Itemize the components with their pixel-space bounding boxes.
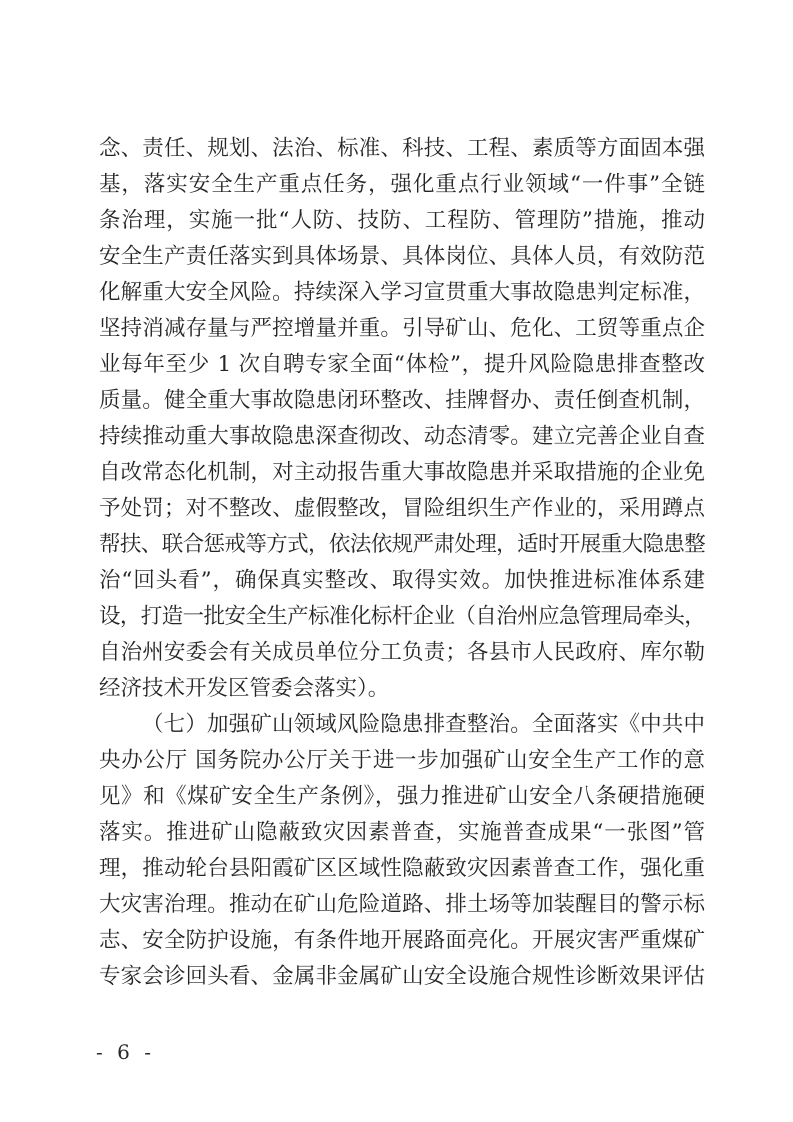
text-line: 持续推动重大事故隐患深查彻改、动态清零。建立完善企业自查: [99, 419, 705, 455]
text-line: 自治州安委会有关成员单位分工负责；各县市人民政府、库尔勒: [99, 635, 705, 671]
text-line: 落实。推进矿山隐蔽致灾因素普查，实施普查成果“一张图”管: [99, 815, 705, 851]
text-line: 予处罚；对不整改、虚假整改，冒险组织生产作业的，采用蹲点: [99, 491, 705, 527]
text-line: 见》和《煤矿安全生产条例》，强力推进矿山安全八条硬措施硬: [99, 779, 705, 815]
text-line: 念、责任、规划、法治、标准、科技、工程、素质等方面固本强: [99, 131, 705, 167]
text-line: 央办公厅 国务院办公厅关于进一步加强矿山安全生产工作的意: [99, 743, 705, 779]
text-line: 质量。健全重大事故隐患闭环整改、挂牌督办、责任倒查机制，: [99, 383, 705, 419]
document-body: 念、责任、规划、法治、标准、科技、工程、素质等方面固本强 基，落实安全生产重点任…: [99, 131, 705, 995]
page-number: - 6 -: [96, 1040, 155, 1064]
text-line: 基，落实安全生产重点任务，强化重点行业领域“一件事”全链: [99, 167, 705, 203]
document-page: 念、责任、规划、法治、标准、科技、工程、素质等方面固本强 基，落实安全生产重点任…: [0, 0, 793, 1122]
text-line: 专家会诊回头看、金属非金属矿山安全设施合规性诊断效果评估: [99, 959, 705, 995]
text-line: 志、安全防护设施，有条件地开展路面亮化。开展灾害严重煤矿: [99, 923, 705, 959]
text-line: 治“回头看”，确保真实整改、取得实效。加快推进标准体系建: [99, 563, 705, 599]
text-line: 大灾害治理。推动在矿山危险道路、排土场等加装醒目的警示标: [99, 887, 705, 923]
text-line: 业每年至少 1 次自聘专家全面“体检”，提升风险隐患排查整改: [99, 347, 705, 383]
section-heading-line: （七）加强矿山领域风险隐患排查整治。全面落实《中共中: [99, 707, 705, 743]
text-line: 条治理，实施一批“人防、技防、工程防、管理防”措施，推动: [99, 203, 705, 239]
text-line: 设，打造一批安全生产标准化标杆企业（自治州应急管理局牵头，: [99, 599, 705, 635]
text-line: 经济技术开发区管委会落实）。: [99, 671, 705, 707]
text-line: 安全生产责任落实到具体场景、具体岗位、具体人员，有效防范: [99, 239, 705, 275]
text-line: 自改常态化机制，对主动报告重大事故隐患并采取措施的企业免: [99, 455, 705, 491]
text-line: 帮扶、联合惩戒等方式，依法依规严肃处理，适时开展重大隐患整: [99, 527, 705, 563]
text-line: 坚持消减存量与严控增量并重。引导矿山、危化、工贸等重点企: [99, 311, 705, 347]
text-line: 化解重大安全风险。持续深入学习宣贯重大事故隐患判定标准，: [99, 275, 705, 311]
text-line: 理，推动轮台县阳霞矿区区域性隐蔽致灾因素普查工作，强化重: [99, 851, 705, 887]
